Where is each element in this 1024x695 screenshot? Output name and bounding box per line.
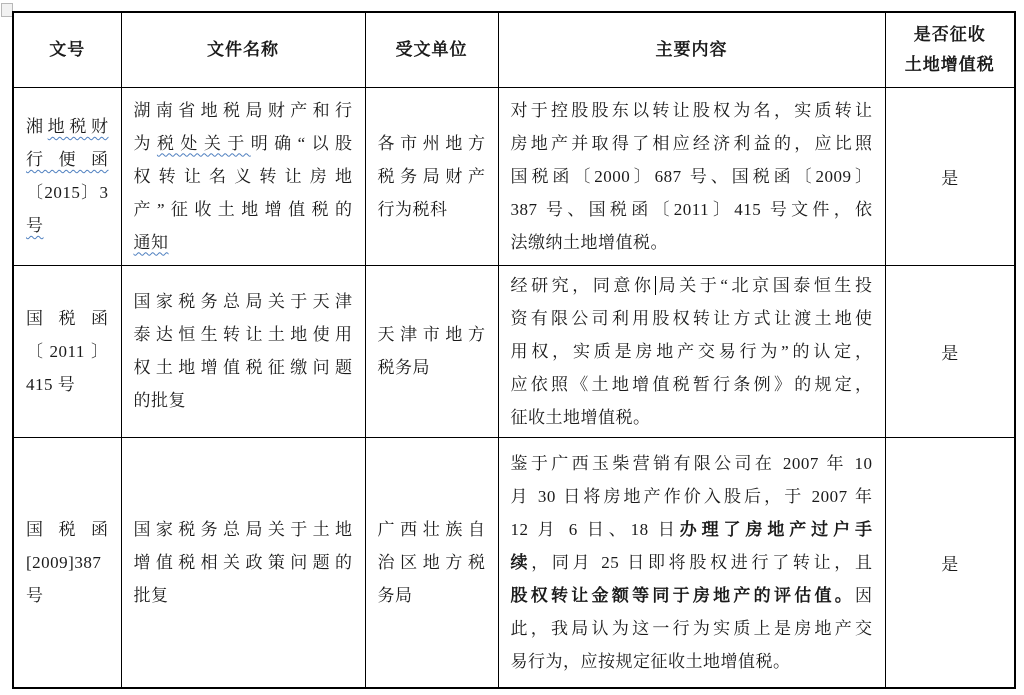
header-cell-main-content: 主要内容	[498, 12, 885, 87]
text-line: 〔2015〕3	[26, 176, 109, 209]
cell-doc-name[interactable]: 湖南省地税局财产和行为税处关于明确“以股权转让名义转让房地产”征收土地增值税的通…	[121, 87, 365, 265]
text-segment: 国家税务总局关于天津	[134, 292, 353, 311]
text-segment: 鉴于广西玉柴营销有限公司在 2007 年 10	[511, 454, 873, 473]
text-line: 国税函	[26, 513, 109, 546]
spellcheck-flagged-text: 号	[26, 216, 44, 235]
text-segment: 为	[134, 134, 157, 153]
text-segment: 国税函〔2000〕687 号、国税函〔2009〕	[511, 167, 873, 186]
text-segment: 经研究，同意你	[511, 276, 655, 295]
text-segment: 对于控股股东以转让股权为名，实质转让	[511, 101, 873, 120]
text-line: 务局	[378, 579, 486, 612]
text-segment: ，同月 25 日即将股权进行了转让，且	[531, 553, 872, 572]
text-line: 税务局财产	[378, 160, 486, 193]
text-segment: 权转让名义转让房地	[134, 167, 353, 186]
text-line: 鉴于广西玉柴营销有限公司在 2007 年 10	[511, 447, 873, 480]
text-line: 治区地方税	[378, 546, 486, 579]
text-segment: 月 30 日将房地产作价入股后，于 2007 年	[511, 487, 873, 506]
text-line: 应依照《土地增值税暂行条例》的规定，	[511, 368, 873, 401]
cell-levy[interactable]: 是	[885, 437, 1015, 688]
text-line: 月 30 日将房地产作价入股后，于 2007 年	[511, 480, 873, 513]
header-cell-recipient: 受文单位	[365, 12, 498, 87]
text-line: 湖南省地税局财产和行	[134, 94, 353, 127]
text-segment: 泰达恒生转让土地使用	[134, 325, 353, 344]
header-label: 文号	[49, 40, 85, 59]
text-segment: 资有限公司利用股权转让方式让渡土地使	[511, 309, 873, 328]
text-line: 12 月 6 日、18 日办理了房地产过户手	[511, 513, 873, 546]
text-line: 387 号、国税函〔2011〕415 号文件，依	[511, 193, 873, 226]
text-line: 415 号	[26, 368, 109, 401]
cell-recipient[interactable]: 天津市地方税务局	[365, 265, 498, 437]
cell-doc-number[interactable]: 湘地税财行便函〔2015〕3号	[13, 87, 121, 265]
text-segment: 批复	[134, 586, 169, 605]
text-line: 用权，实质是房地产交易行为”的认定，	[511, 335, 873, 368]
text-segment: 易行为，应按规定征收土地增值税。	[511, 652, 791, 671]
cell-doc-name[interactable]: 国家税务总局关于土地增值税相关政策问题的批复	[121, 437, 365, 688]
cell-doc-number[interactable]: 国税函[2009]387号	[13, 437, 121, 688]
table-row: 国税函[2009]387号 国家税务总局关于土地增值税相关政策问题的批复 广西壮…	[13, 437, 1015, 688]
text-segment: 的批复	[134, 391, 187, 410]
text-line: 房地产并取得了相应经济利益的，应比照	[511, 127, 873, 160]
text-segment: 湖南省地税局财产和行	[134, 101, 353, 120]
text-segment: 广西壮族自	[378, 520, 486, 539]
cell-doc-number[interactable]: 国税函〔2011〕415 号	[13, 265, 121, 437]
text-segment: 国税函	[26, 520, 109, 539]
text-segment: 税务局财产	[378, 167, 486, 186]
tax-documents-table: 文号 文件名称 受文单位 主要内容 是否征收 土地增值税 湘地税财行便函〔	[12, 11, 1016, 689]
spellcheck-flagged-text: 通知	[134, 233, 169, 252]
text-line: 天津市地方	[378, 318, 486, 351]
text-segment: 股权转让金额等同于房地产的评估值。	[511, 586, 856, 605]
document-page: 文号 文件名称 受文单位 主要内容 是否征收 土地增值税 湘地税财行便函〔	[0, 0, 1024, 695]
cell-doc-name[interactable]: 国家税务总局关于天津泰达恒生转让土地使用权土地增值税征缴问题的批复	[121, 265, 365, 437]
text-segment: 房地产并取得了相应经济利益的，应比照	[511, 134, 873, 153]
text-line: 资有限公司利用股权转让方式让渡土地使	[511, 302, 873, 335]
text-segment: 权土地增值税征缴问题	[134, 358, 353, 377]
text-line: 湘地税财	[26, 110, 109, 143]
text-segment: 12 月 6 日、18 日	[511, 520, 680, 539]
header-cell-doc-number: 文号	[13, 12, 121, 87]
text-segment: 天津市地方	[378, 325, 486, 344]
text-line: 权土地增值税征缴问题	[134, 351, 353, 384]
text-segment: 387 号、国税函〔2011〕415 号文件，依	[511, 200, 873, 219]
text-segment: 用权，实质是房地产交易行为”的认定，	[511, 342, 873, 361]
text-segment: 增值税相关政策问题的	[134, 553, 353, 572]
text-line: 易行为，应按规定征收土地增值税。	[511, 645, 873, 678]
text-segment: 因	[855, 586, 873, 605]
text-line: 通知	[134, 226, 353, 259]
text-line: 行为税科	[378, 193, 486, 226]
cell-recipient[interactable]: 各市州地方税务局财产行为税科	[365, 87, 498, 265]
header-row: 文号 文件名称 受文单位 主要内容 是否征收 土地增值税	[13, 12, 1015, 87]
text-line: [2009]387	[26, 546, 109, 579]
text-line: 续，同月 25 日即将股权进行了转让，且	[511, 546, 873, 579]
header-label-levy-line1: 是否征收	[898, 20, 1003, 50]
header-label: 文件名称	[207, 40, 279, 59]
text-segment: 此，我局认为这一行为实质上是房地产交	[511, 619, 873, 638]
table-row: 湘地税财行便函〔2015〕3号 湖南省地税局财产和行为税处关于明确“以股权转让名…	[13, 87, 1015, 265]
text-segment: 〔2011〕	[26, 342, 109, 361]
text-line: 国家税务总局关于土地	[134, 513, 353, 546]
text-segment: 治区地方税	[378, 553, 486, 572]
text-line: 权转让名义转让房地	[134, 160, 353, 193]
text-line: 对于控股股东以转让股权为名，实质转让	[511, 94, 873, 127]
text-line: 国家税务总局关于天津	[134, 285, 353, 318]
cell-levy[interactable]: 是	[885, 265, 1015, 437]
cell-recipient[interactable]: 广西壮族自治区地方税务局	[365, 437, 498, 688]
text-line: 泰达恒生转让土地使用	[134, 318, 353, 351]
text-segment: 〔2015〕3	[26, 183, 109, 202]
text-line: 产”征收土地增值税的	[134, 193, 353, 226]
text-segment: 产”征收土地增值税的	[134, 200, 353, 219]
cell-main-content[interactable]: 经研究，同意你局关于“北京国泰恒生投资有限公司利用股权转让方式让渡土地使用权，实…	[498, 265, 885, 437]
text-line: 增值税相关政策问题的	[134, 546, 353, 579]
text-segment: 税务局	[378, 358, 431, 377]
text-line: 行便函	[26, 143, 109, 176]
text-line: 税务局	[378, 351, 486, 384]
text-segment: 行为税科	[378, 200, 448, 219]
text-line: 此，我局认为这一行为实质上是房地产交	[511, 612, 873, 645]
text-segment: 明确“以股	[251, 134, 353, 153]
text-line: 号	[26, 209, 109, 242]
header-cell-levy: 是否征收 土地增值税	[885, 12, 1015, 87]
text-line: 为税处关于明确“以股	[134, 127, 353, 160]
text-segment: 国家税务总局关于土地	[134, 520, 353, 539]
text-line: 国税函	[26, 302, 109, 335]
header-cell-doc-name: 文件名称	[121, 12, 365, 87]
text-line: 国税函〔2000〕687 号、国税函〔2009〕	[511, 160, 873, 193]
spellcheck-flagged-text: 地税财	[48, 117, 109, 136]
text-line: 法缴纳土地增值税。	[511, 226, 873, 259]
text-line: 广西壮族自	[378, 513, 486, 546]
spellcheck-flagged-text: 行便函	[26, 150, 109, 169]
spellcheck-flagged-text: 税处关于	[157, 134, 251, 153]
text-segment: 应依照《土地增值税暂行条例》的规定，	[511, 375, 873, 394]
text-line: 号	[26, 579, 109, 612]
text-segment: 办理了房地产过户手	[680, 520, 873, 539]
text-line: 的批复	[134, 384, 353, 417]
text-segment: 局关于“北京国泰恒生投	[656, 276, 873, 295]
text-segment: 征收土地增值税。	[511, 408, 651, 427]
text-segment: 各市州地方	[378, 134, 486, 153]
text-segment: 务局	[378, 586, 413, 605]
cell-main-content[interactable]: 鉴于广西玉柴营销有限公司在 2007 年 10月 30 日将房地产作价入股后，于…	[498, 437, 885, 688]
text-line: 征收土地增值税。	[511, 401, 873, 434]
header-label-levy-line2: 土地增值税	[898, 50, 1003, 80]
text-line: 经研究，同意你局关于“北京国泰恒生投	[511, 269, 873, 302]
table-row: 国税函〔2011〕415 号 国家税务总局关于天津泰达恒生转让土地使用权土地增值…	[13, 265, 1015, 437]
text-line: 批复	[134, 579, 353, 612]
text-segment: 法缴纳土地增值税。	[511, 233, 669, 252]
header-label: 受文单位	[396, 40, 468, 59]
text-line: 股权转让金额等同于房地产的评估值。因	[511, 579, 873, 612]
text-segment: 号	[26, 586, 44, 605]
text-segment: 国税函	[26, 309, 109, 328]
text-line: 〔2011〕	[26, 335, 109, 368]
text-line: 各市州地方	[378, 127, 486, 160]
text-segment: 续	[511, 553, 532, 572]
cell-levy[interactable]: 是	[885, 87, 1015, 265]
text-segment: [2009]387	[26, 553, 101, 572]
cell-main-content[interactable]: 对于控股股东以转让股权为名，实质转让房地产并取得了相应经济利益的，应比照国税函〔…	[498, 87, 885, 265]
text-segment: 湘	[26, 117, 48, 136]
text-segment: 415 号	[26, 375, 75, 394]
header-label: 主要内容	[656, 40, 728, 59]
